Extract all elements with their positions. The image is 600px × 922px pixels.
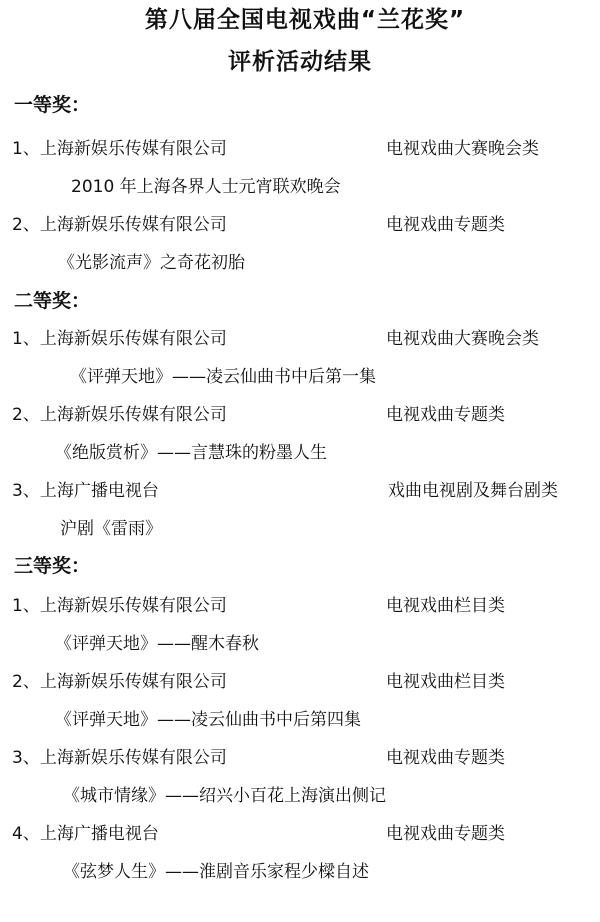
entry-org: 3、上海新娱乐传媒有限公司 bbox=[12, 746, 227, 770]
entry-category: 戏曲电视剧及舞台剧类 bbox=[388, 479, 558, 503]
document-title: 第八届全国电视戏曲“兰花奖” bbox=[5, 5, 600, 35]
entry-work: 沪剧《雷雨》 bbox=[60, 517, 162, 541]
entry-category: 电视戏曲大赛晚会类 bbox=[386, 327, 539, 351]
entry-category: 电视戏曲栏目类 bbox=[386, 670, 505, 694]
entry-org: 2、上海新娱乐传媒有限公司 bbox=[12, 670, 227, 694]
entry-work: 《评弹天地》——醒木春秋 bbox=[55, 632, 259, 656]
entry-work: 《光影流声》之奇花初胎 bbox=[58, 251, 245, 275]
section-heading-second-prize: 二等奖： bbox=[14, 288, 90, 314]
entry-work: 《城市情缘》——绍兴小百花上海演出侧记 bbox=[63, 784, 386, 808]
entry-work: 《评弹天地》——凌云仙曲书中后第一集 bbox=[70, 365, 376, 389]
entry-work: 《评弹天地》——凌云仙曲书中后第四集 bbox=[55, 708, 361, 732]
entry-category: 电视戏曲专题类 bbox=[386, 403, 505, 427]
entry-work: 《弦梦人生》——淮剧音乐家程少樑自述 bbox=[63, 860, 369, 884]
entry-org: 1、上海新娱乐传媒有限公司 bbox=[12, 327, 227, 351]
entry-org: 1、上海新娱乐传媒有限公司 bbox=[12, 594, 227, 618]
entry-category: 电视戏曲专题类 bbox=[386, 746, 505, 770]
document-subtitle: 评析活动结果 bbox=[0, 47, 600, 77]
entry-org: 3、上海广播电视台 bbox=[12, 479, 159, 503]
entry-org: 2、上海新娱乐传媒有限公司 bbox=[12, 403, 227, 427]
entry-category: 电视戏曲专题类 bbox=[386, 822, 505, 846]
entry-category: 电视戏曲栏目类 bbox=[386, 594, 505, 618]
entry-category: 电视戏曲专题类 bbox=[386, 213, 505, 237]
entry-org: 4、上海广播电视台 bbox=[12, 822, 159, 846]
section-heading-third-prize: 三等奖： bbox=[14, 553, 90, 579]
entry-work: 2010 年上海各界人士元宵联欢晚会 bbox=[71, 175, 341, 199]
section-heading-first-prize: 一等奖： bbox=[14, 92, 90, 118]
entry-org: 1、上海新娱乐传媒有限公司 bbox=[12, 137, 227, 161]
entry-category: 电视戏曲大赛晚会类 bbox=[386, 137, 539, 161]
entry-work: 《绝版赏析》——言慧珠的粉墨人生 bbox=[55, 441, 327, 465]
entry-org: 2、上海新娱乐传媒有限公司 bbox=[12, 213, 227, 237]
